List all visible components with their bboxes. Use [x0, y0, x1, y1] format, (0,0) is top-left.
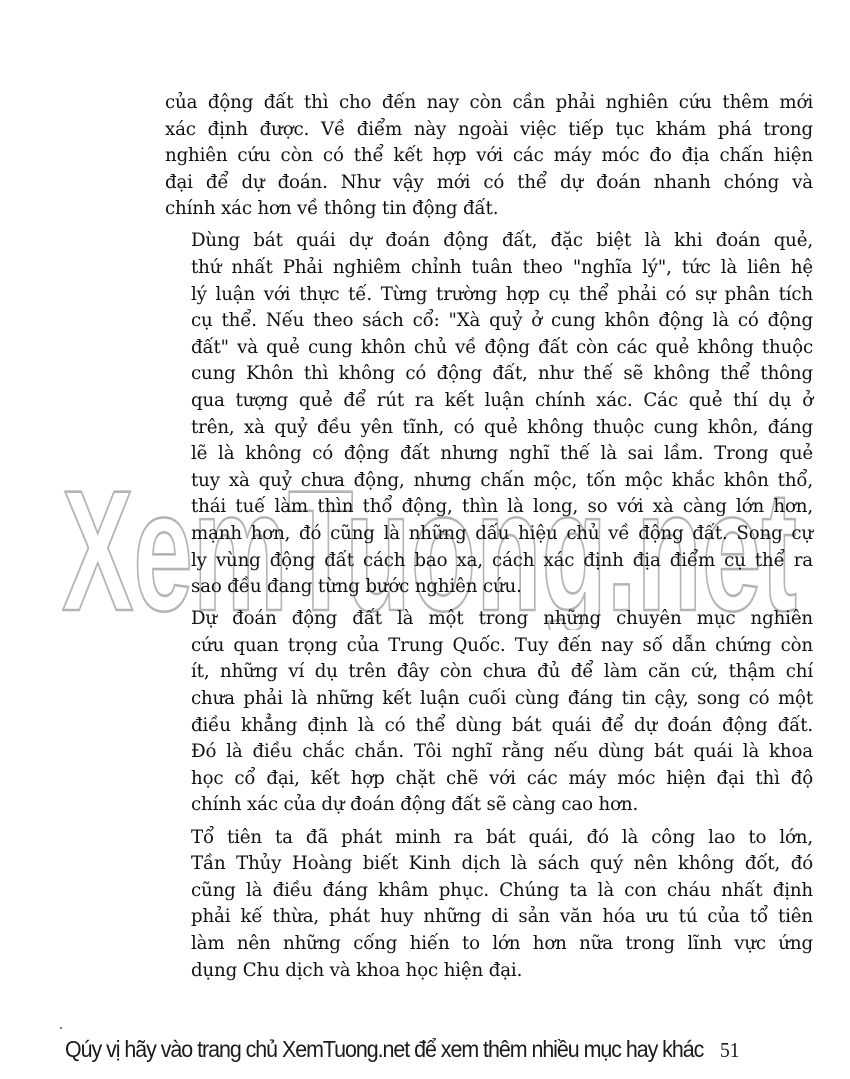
text-line: lẽ là không có động đất nhưng nghĩ thế l… — [165, 441, 813, 468]
text-line: mạnh hơn, đó cũng là những dấu hiệu chủ … — [165, 521, 813, 548]
text-line: cứu quan trọng của Trung Quốc. Tuy đến n… — [165, 633, 813, 660]
footer-promo-text: Qúy vị hãy vào trang chủ XemTuong.net để… — [65, 1036, 703, 1063]
text-line: cũng là điều đáng khâm phục. Chúng ta là… — [165, 878, 813, 905]
text-line: học cổ đại, kết hợp chặt chẽ với các máy… — [165, 766, 813, 793]
text-line: dụng Chu dịch và khoa học hiện đại. — [165, 958, 813, 985]
text-line: điều khẳng định là có thể dùng bát quái … — [165, 713, 813, 740]
text-line: ít, những ví dụ trên đây còn chưa đủ để … — [165, 659, 813, 686]
text-line: cụ thể. Nếu theo sách cổ: "Xà quỷ ở cung… — [165, 308, 813, 335]
text-line: thứ nhất Phải nghiêm chỉnh tuân theo "ng… — [165, 255, 813, 282]
page-footer: Qúy vị hãy vào trang chủ XemTuong.net để… — [65, 1036, 772, 1070]
text-line: phải kế thừa, phát huy những di sản văn … — [165, 904, 813, 931]
paragraph: Dự đoán động đất là một trong những chuy… — [165, 606, 813, 819]
text-line: Tần Thủy Hoàng biết Kinh dịch là sách qu… — [165, 851, 813, 878]
text-line: Dự đoán động đất là một trong những chuy… — [165, 606, 813, 633]
text-line: đất" và quẻ cung khôn chủ về động đất cò… — [165, 335, 813, 362]
paragraph: của động đất thì cho đến nay còn cần phả… — [165, 90, 813, 223]
text-line: nghiên cứu còn có thể kết hợp với các má… — [165, 143, 813, 170]
text-line: qua tượng quẻ để rút ra kết luận chính x… — [165, 388, 813, 415]
text-line: trên, xà quỷ đều yên tĩnh, có quẻ không … — [165, 415, 813, 442]
text-line: Đó là điều chắc chắn. Tôi nghĩ rằng nếu … — [165, 739, 813, 766]
paragraph: Dùng bát quái dự đoán động đất, đặc biệt… — [165, 228, 813, 600]
text-line: của động đất thì cho đến nay còn cần phả… — [165, 90, 813, 117]
text-line: chính xác của dự đoán động đất sẽ càng c… — [165, 792, 813, 819]
text-line: Dùng bát quái dự đoán động đất, đặc biệt… — [165, 228, 813, 255]
text-line: làm nên những cống hiến to lớn hơn nữa t… — [165, 931, 813, 958]
text-line: xác định được. Về điểm này ngoài việc ti… — [165, 117, 813, 144]
text-line: sao đều đang từng bước nghiên cứu. — [165, 574, 813, 601]
text-line: thái tuế làm thìn thổ động, thìn là long… — [165, 494, 813, 521]
text-line: chính xác hơn về thông tin động đất. — [165, 196, 813, 223]
text-line: cung Khôn thì không có động đất, như thế… — [165, 361, 813, 388]
paragraph: Tổ tiên ta đã phát minh ra bát quái, đó … — [165, 825, 813, 985]
page-number: 51 — [720, 1038, 740, 1063]
text-line: lý luận với thực tế. Từng trường hợp cụ … — [165, 282, 813, 309]
text-line: đại để dự đoán. Như vậy mới có thể dự đo… — [165, 170, 813, 197]
text-line: chưa phải là những kết luận cuối cùng đá… — [165, 686, 813, 713]
scan-speck — [60, 1027, 62, 1029]
text-line: tuy xà quỷ chưa động, nhưng chấn mộc, tố… — [165, 468, 813, 495]
text-line: ly vùng động đất cách bao xa, cách xác đ… — [165, 548, 813, 575]
page-body-text: của động đất thì cho đến nay còn cần phả… — [165, 90, 813, 990]
text-line: Tổ tiên ta đã phát minh ra bát quái, đó … — [165, 825, 813, 852]
